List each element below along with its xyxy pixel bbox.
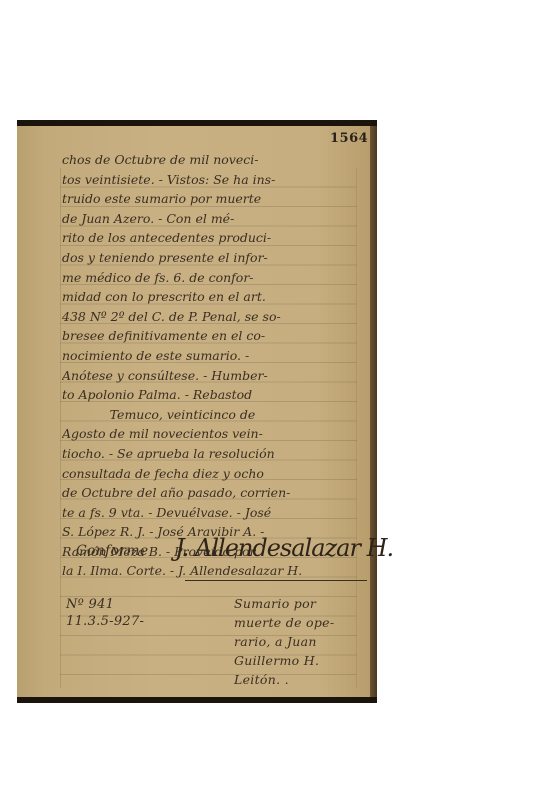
body-line: de Octubre del año pasado, corrien- [62,483,362,503]
body-line: to Apolonio Palma. - Rebastod [62,385,362,405]
case-number: Nº 941 11.3.5-927- [66,596,144,630]
body-line: bresee definitivamente en el co- [62,326,362,346]
body-line: me médico de fs. 6. de confor- [62,268,362,288]
body-line: consultada de fecha diez y ocho [62,464,362,484]
body-line: nocimiento de este sumario. - [62,346,362,366]
signature-rule [185,580,367,581]
body-line: te a fs. 9 vta. - Devuélvase. - José [62,503,362,523]
margin-note-line: Leitón. . [234,670,334,689]
page-number: 1564 [330,131,368,146]
page-edge [370,126,377,697]
body-line: truido este sumario por muerte [62,189,362,209]
margin-note: Sumario por muerte de ope- rario, a Juan… [234,594,334,689]
margin-note-line: Sumario por [234,594,334,613]
body-line: tiocho. - Se aprueba la resolución [62,444,362,464]
margin-note-line: Guillermo H. [234,651,334,670]
conforme-label: Conforme [76,543,148,559]
signature: J. Allendesalazar H. [175,534,393,562]
margin-note-line: rario, a Juan [234,632,334,651]
body-line: chos de Octubre de mil noveci- [62,150,362,170]
body-line: midad con lo prescrito en el art. [62,287,362,307]
body-line: rito de los antecedentes produci- [62,228,362,248]
body-line: dos y teniendo presente el infor- [62,248,362,268]
margin-note-line: muerte de ope- [234,613,334,632]
handwritten-body: chos de Octubre de mil noveci- tos veint… [62,150,362,581]
body-line: 438 Nº 2º del C. de P. Penal, se so- [62,307,362,327]
case-number-line: Nº 941 [66,596,144,613]
body-line: la I. Ilma. Corte. - J. Allendesalazar H… [62,561,362,581]
body-line: Agosto de mil novecientos vein- [62,424,362,444]
body-line: Temuco, veinticinco de [62,405,362,425]
body-line: de Juan Azero. - Con el mé- [62,209,362,229]
body-line: tos veintisiete. - Vistos: Se ha ins- [62,170,362,190]
case-number-line: 11.3.5-927- [66,613,144,630]
body-line: Anótese y consúltese. - Humber- [62,366,362,386]
